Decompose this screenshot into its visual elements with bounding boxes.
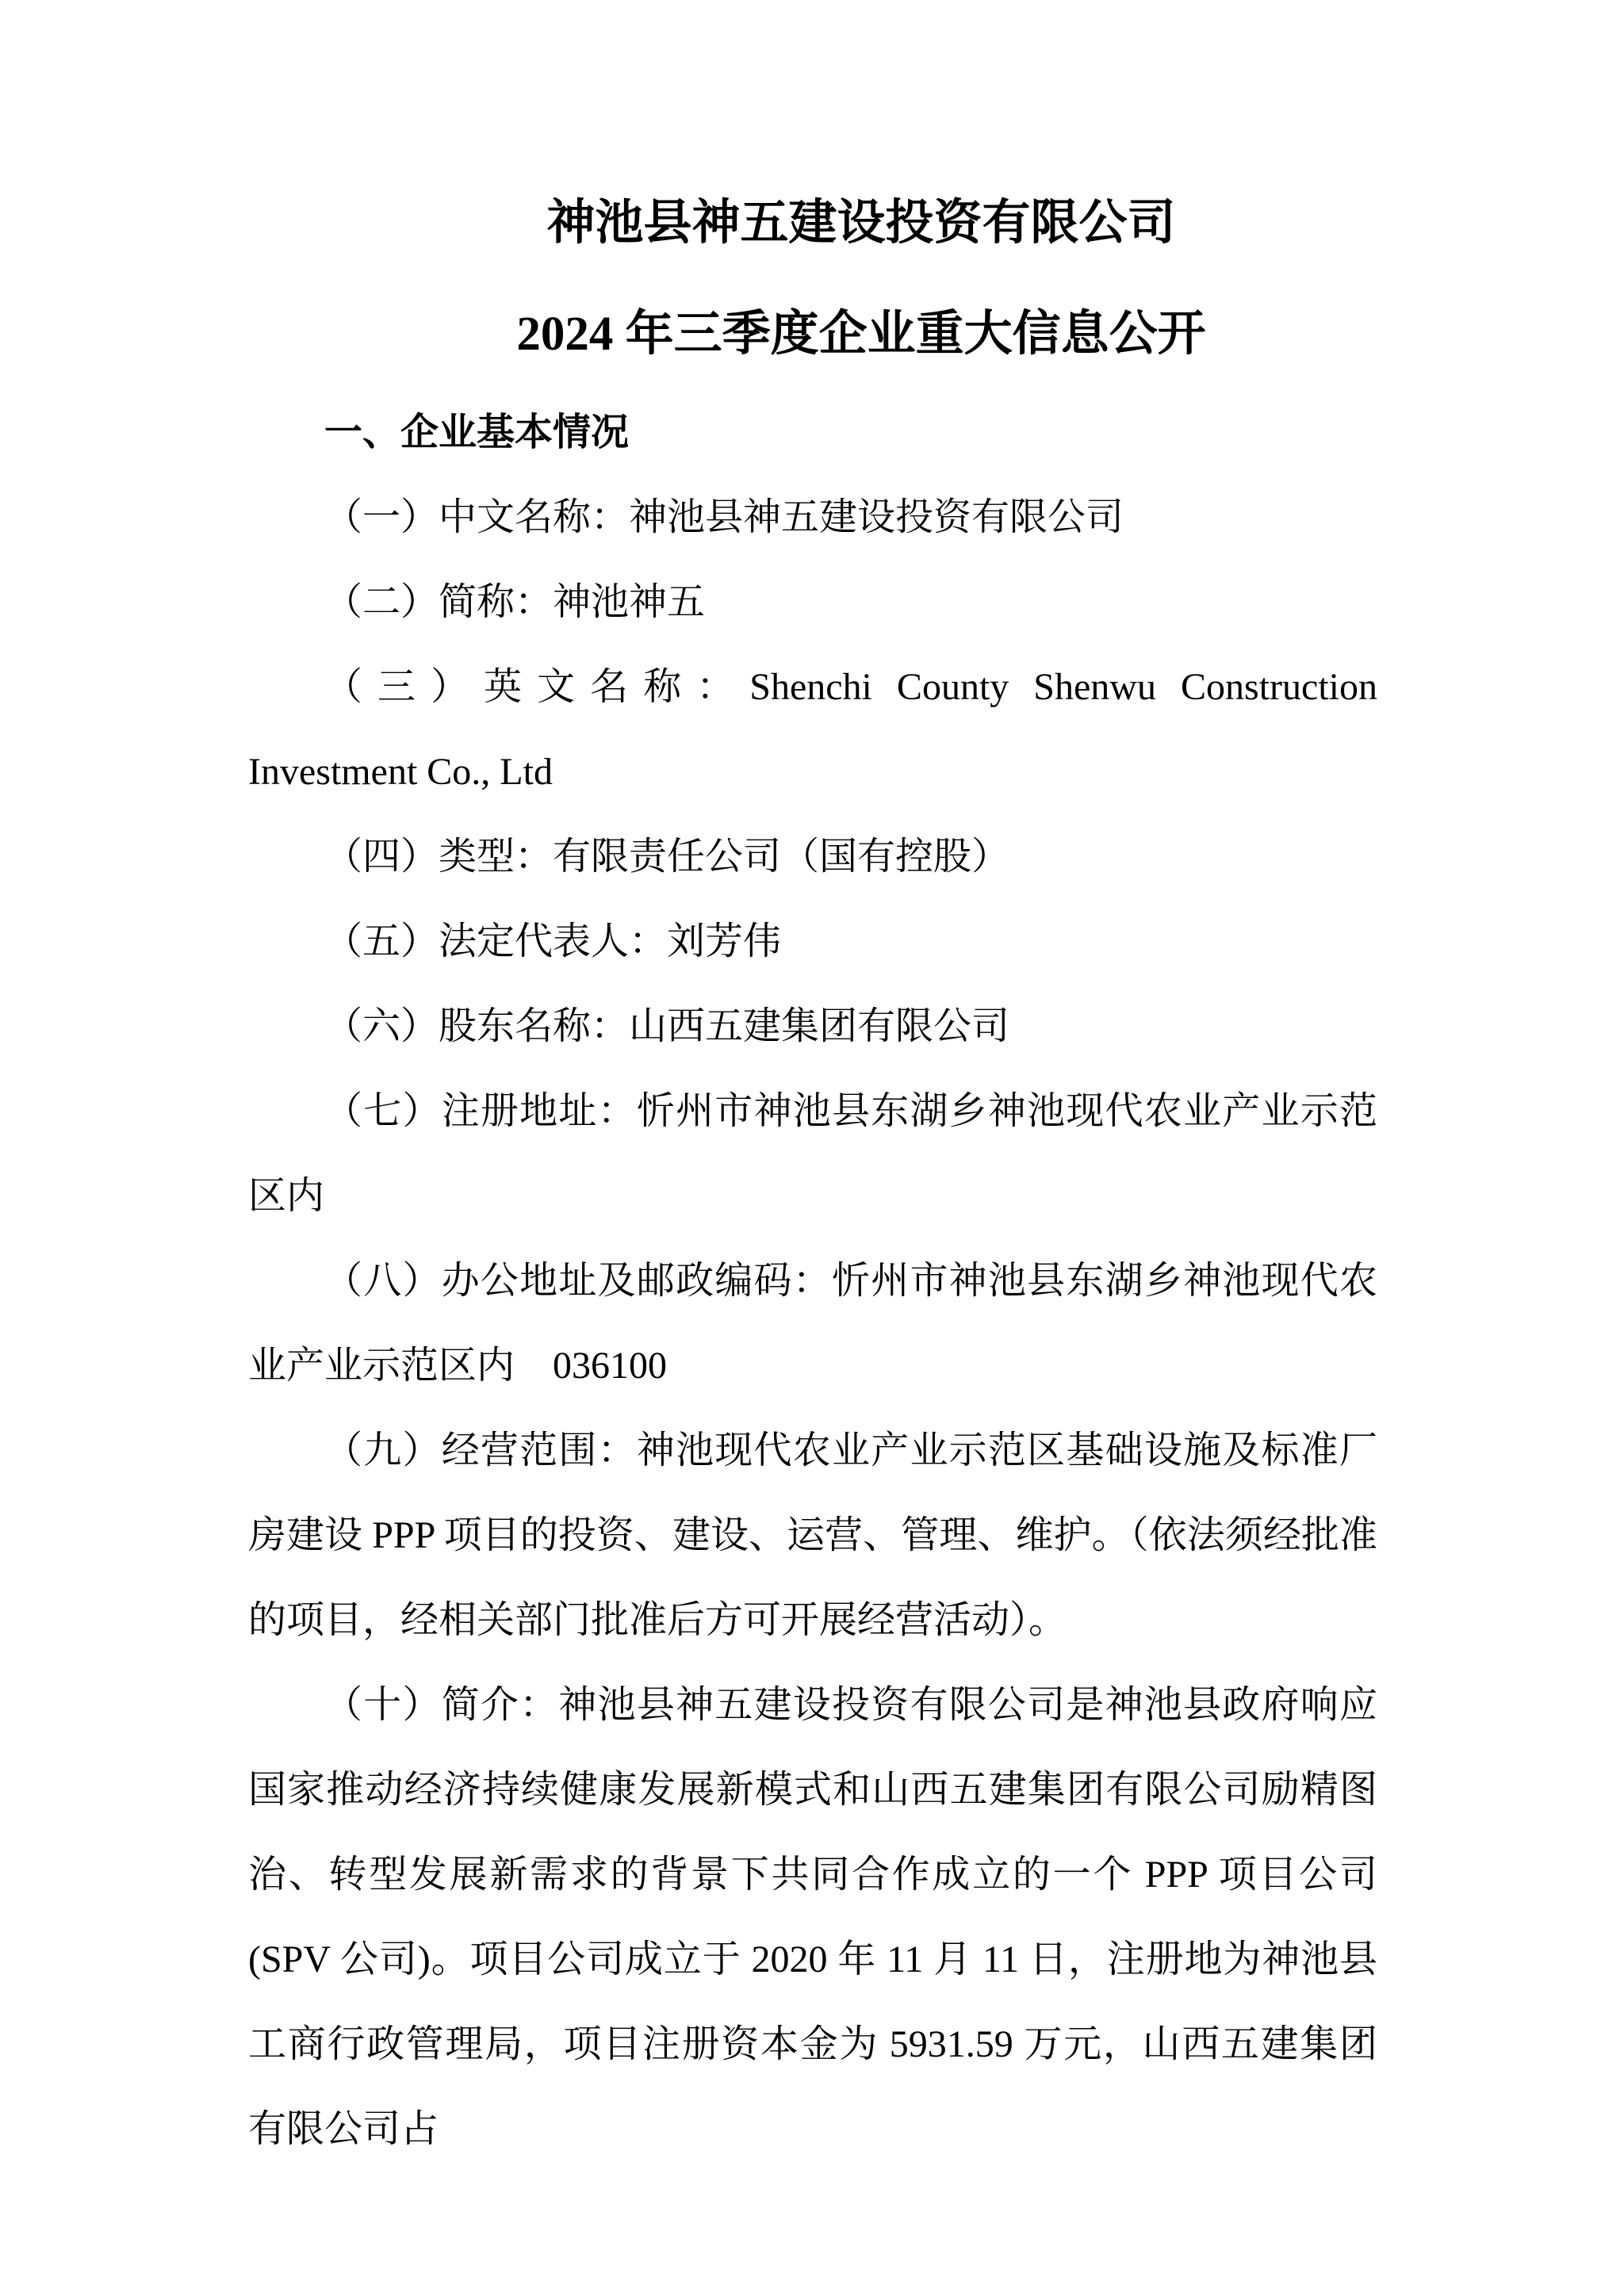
para-english-name: （三）英文名称：Shenchi County Shenwu Constructi… bbox=[248, 645, 1377, 814]
para-business-scope: （九）经营范围：神池现代农业产业示范区基础设施及标准厂房建设 PPP 项目的投资… bbox=[248, 1408, 1377, 1663]
para-chinese-name: （一）中文名称：神池县神五建设投资有限公司 bbox=[248, 475, 1377, 560]
para-office-address-postcode: （八）办公地址及邮政编码：忻州市神池县东湖乡神池现代农业产业示范区内 03610… bbox=[248, 1238, 1377, 1408]
para-shareholder-name: （六）股东名称：山西五建集团有限公司 bbox=[248, 984, 1377, 1069]
para-short-name: （二）简称：神池神五 bbox=[248, 560, 1377, 645]
para-company-type: （四）类型：有限责任公司（国有控股） bbox=[248, 814, 1377, 899]
para-registered-address: （七）注册地址：忻州市神池县东湖乡神池现代农业产业示范区内 bbox=[248, 1069, 1377, 1238]
document-title-line2: 2024 年三季度企业重大信息公开 bbox=[248, 279, 1377, 390]
section-heading-basic-info: 一、企业基本情况 bbox=[248, 390, 1377, 475]
document-page: 神池县神五建设投资有限公司 2024 年三季度企业重大信息公开 一、企业基本情况… bbox=[0, 0, 1624, 2296]
document-title-line1: 神池县神五建设投资有限公司 bbox=[248, 168, 1377, 279]
para-legal-representative: （五）法定代表人：刘芳伟 bbox=[248, 899, 1377, 984]
para-company-profile: （十）简介：神池县神五建设投资有限公司是神池县政府响应国家推动经济持续健康发展新… bbox=[248, 1663, 1377, 2172]
